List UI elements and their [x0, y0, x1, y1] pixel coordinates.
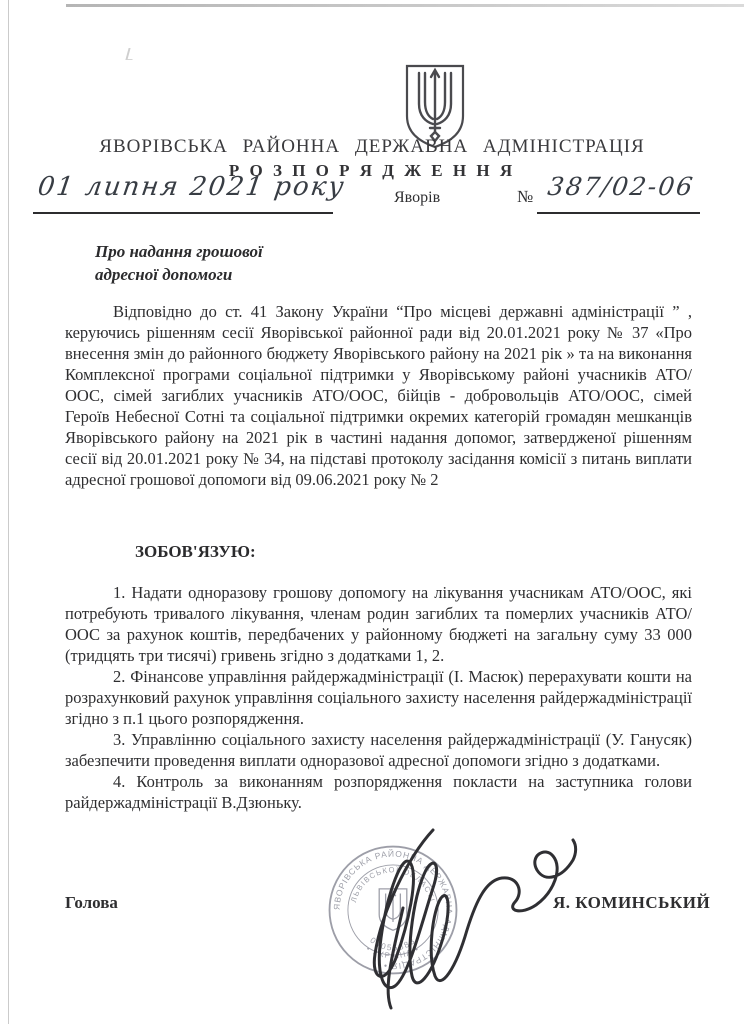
- handwritten-document-number: 387/02-06: [546, 172, 696, 201]
- order-item-2: 2. Фінансове управління райдержадміністр…: [65, 666, 692, 729]
- subject-block: Про надання грошової адресної допомоги: [95, 240, 415, 286]
- order-item-3: 3. Управлінню соціального захисту населе…: [65, 729, 692, 771]
- preamble-paragraph: Відповідно до ст. 41 Закону України “Про…: [65, 301, 692, 490]
- handwritten-date: 01 липня 2021 року: [36, 172, 348, 202]
- subject-line-1: Про надання грошової: [95, 240, 415, 263]
- date-underline: [33, 212, 333, 214]
- order-item-1: 1. Надати одноразову грошову допомогу на…: [65, 582, 692, 666]
- document-number-label: №: [517, 187, 533, 207]
- order-items: 1. Надати одноразову грошову допомогу на…: [65, 582, 692, 813]
- handwritten-signature: [315, 816, 583, 1014]
- organization-name: ЯВОРІВСЬКА РАЙОННА ДЕРЖАВНА АДМІНІСТРАЦІ…: [0, 136, 744, 158]
- obligation-heading: ЗОБОВ'ЯЗУЮ:: [65, 542, 692, 562]
- scanned-document-page: ЯВОРІВСЬКА РАЙОННА ДЕРЖАВНА АДМІНІСТРАЦІ…: [0, 0, 744, 1024]
- order-item-4: 4. Контроль за виконанням розпорядження …: [65, 771, 692, 813]
- scan-edge-artifact-top: [66, 4, 744, 7]
- issue-place: Яворів: [394, 189, 440, 207]
- number-underline: [537, 212, 700, 214]
- signer-title: Голова: [65, 893, 118, 913]
- subject-line-2: адресної допомоги: [95, 263, 415, 286]
- scan-smudge-mark: [125, 48, 135, 60]
